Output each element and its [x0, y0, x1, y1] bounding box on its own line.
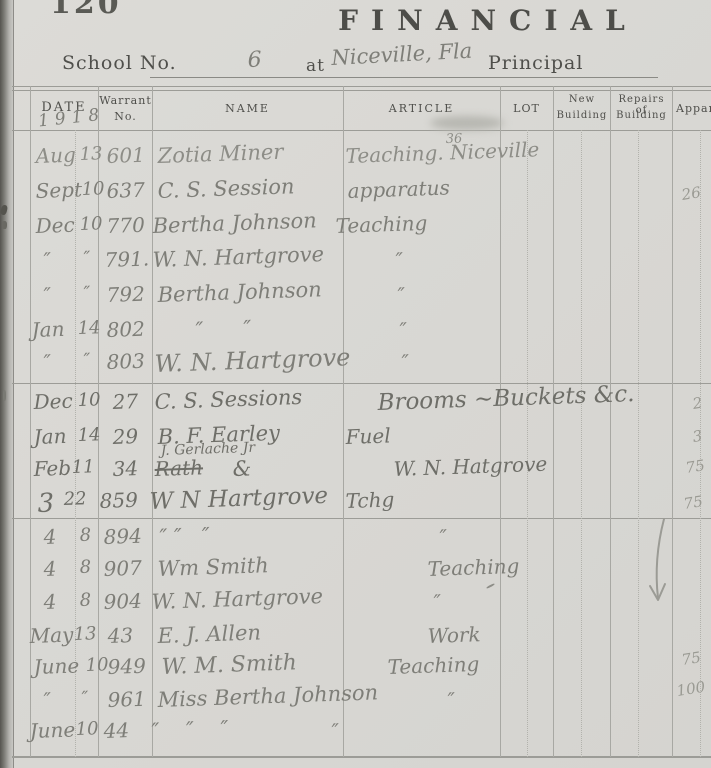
warrant-no: 894 [103, 526, 142, 547]
date-day: 8 [79, 527, 91, 545]
page-edge-line [13, 0, 14, 768]
warrant-no: 791. [104, 248, 149, 270]
warrant-no: 44 [103, 720, 129, 741]
date-day: ″ [81, 690, 88, 708]
warrant-no: 637 [106, 180, 145, 201]
header-new-building-1: New [554, 94, 610, 105]
date-day: 10 [77, 391, 101, 410]
payee-name: & [232, 458, 251, 480]
header-new-building-2: Building [554, 110, 610, 121]
header-bottom-rule [12, 130, 711, 131]
date-month: 3 [37, 490, 54, 517]
name-struck-out: Rath [154, 457, 203, 479]
payee-name: ″ ″ ″ [151, 718, 229, 742]
article-text: ″ [397, 285, 405, 305]
date-day: 10 [85, 656, 109, 675]
article-text: ″ [433, 592, 441, 612]
payee-name: E. J. Allen [157, 622, 261, 647]
annotation-36: 36 [446, 132, 463, 146]
article-text: ″ [447, 690, 455, 710]
article-text: Brooms ~Buckets &c. [377, 383, 635, 415]
amount-value: 3 [692, 429, 704, 445]
ink-speck [2, 221, 7, 229]
scan-smudge [430, 116, 504, 130]
date-month: Jan [31, 319, 65, 340]
date-month: June [33, 655, 79, 677]
article-text: Teaching. Niceville [345, 139, 539, 166]
date-month: ″ [43, 352, 51, 372]
date-month: June [29, 719, 75, 741]
school-location-value: Niceville, Fla [331, 41, 473, 69]
school-no-label: School No. [62, 52, 177, 74]
date-month: 4 [43, 592, 56, 612]
date-month: May [29, 624, 73, 646]
payee-name: Miss Bertha Johnson [157, 682, 378, 711]
header-warrant-1: Warrant [99, 94, 152, 107]
ledger-page-scan: 120 FINANCIAL School No. 6 at Niceville,… [0, 0, 711, 768]
payee-name: W. N. Hartgrove [152, 244, 324, 271]
ink-speck [3, 390, 6, 401]
payee-name: C. S. Sessions [154, 387, 302, 413]
warrant-no: 27 [112, 391, 138, 412]
date-month: Dec [33, 391, 73, 412]
article-text: ″ [331, 721, 339, 741]
date-month: Sept [35, 179, 82, 201]
date-day: 10 [79, 215, 103, 234]
payee-name: Bertha Johnson [152, 210, 317, 237]
article-text: Teaching [427, 556, 519, 579]
warrant-no: 802 [106, 319, 145, 340]
warrant-no: 904 [103, 591, 142, 612]
article-text: W. N. Hatgrove [393, 454, 547, 479]
book-binding-edge [0, 0, 13, 768]
principal-label: Principal [488, 52, 583, 74]
article-text: Tchg [345, 489, 394, 511]
article-text: ″ [401, 352, 409, 372]
payee-name: Zotia Miner [157, 142, 283, 167]
warrant-no: 601 [106, 145, 145, 166]
header-repairs-2: Building [611, 110, 672, 121]
amount-value: 2 [692, 396, 704, 412]
pencil-mark [486, 583, 495, 589]
date-day: 13 [73, 625, 97, 644]
header-apparatus: Appara [676, 102, 711, 115]
school-no-value: 6 [247, 50, 262, 72]
date-month: 4 [43, 527, 56, 547]
section-rule-2 [12, 518, 711, 519]
page-number: 120 [50, 0, 122, 21]
payee-name: ″ ″ ″ [159, 525, 210, 548]
payee-name: W N Hartgrove [149, 485, 328, 514]
amount-value: 75 [683, 494, 704, 512]
col-line-article-lot [500, 86, 501, 757]
school-line-rule [150, 77, 658, 78]
date-month: Dec [35, 215, 75, 236]
payee-name: C. S. Session [157, 176, 295, 202]
article-text: apparatus [347, 177, 450, 201]
date-day: ″ [83, 285, 90, 303]
warrant-no: 34 [112, 458, 138, 479]
warrant-no: 792 [106, 284, 145, 305]
date-day: ″ [83, 250, 90, 268]
col-line-warrant-name [152, 86, 153, 757]
article-text: Fuel [345, 425, 391, 447]
article-text: Work [427, 624, 481, 646]
lot-cents-divider [527, 130, 528, 757]
header-lot: LOT [500, 102, 553, 115]
date-day: 8 [79, 592, 91, 610]
warrant-no: 803 [106, 351, 145, 372]
header-warrant-2: No. [99, 110, 152, 123]
article-text: Teaching [387, 654, 479, 677]
payee-name: Bertha Johnson [157, 279, 322, 306]
date-month: ″ [43, 250, 51, 270]
payee-name: W. N. Hartgrove [154, 345, 351, 376]
warrant-no: 43 [107, 625, 133, 646]
date-day: 14 [77, 319, 101, 338]
amount-value: 75 [685, 458, 706, 476]
payee-name: W. N. Hartgrove [151, 586, 323, 613]
col-line-new-repairs [610, 86, 611, 757]
payee-name: Wm Smith [157, 555, 269, 580]
payee-name: W. M. Smith [161, 652, 297, 679]
date-day: 14 [77, 426, 101, 445]
article-text: Teaching [335, 213, 427, 236]
warrant-no: 29 [112, 426, 138, 447]
date-day: ″ [83, 352, 90, 370]
date-month: Aug [35, 145, 76, 166]
date-day: 13 [79, 145, 103, 164]
warrant-no: 961 [107, 689, 146, 710]
date-month: Jan [33, 426, 67, 447]
date-day: 11 [71, 458, 95, 477]
header-article: ARTICLE [343, 102, 500, 115]
warrant-no: 770 [106, 215, 145, 236]
col-line-repairs-apparatus [672, 86, 673, 757]
date-month: Feb [33, 458, 71, 479]
table-top-rule-2 [12, 90, 711, 91]
new-building-cents-divider [581, 130, 582, 757]
repairs-cents-divider [638, 130, 639, 757]
warrant-no: 907 [103, 558, 142, 579]
col-line-lot-new [553, 86, 554, 757]
header-name: NAME [152, 102, 343, 115]
date-month: ″ [43, 285, 51, 305]
article-text: ″ [439, 527, 447, 547]
date-day: 10 [75, 720, 99, 739]
date-day: 10 [81, 180, 105, 199]
article-text: ″ [399, 320, 407, 340]
table-top-rule [12, 86, 711, 87]
col-line-margin [30, 86, 31, 757]
amount-value: 75 [681, 650, 702, 668]
date-month: ″ [43, 690, 51, 710]
amount-value: 26 [681, 185, 702, 203]
date-day: 8 [79, 559, 91, 577]
warrant-no: 949 [107, 656, 146, 677]
payee-name: ″ ″ [195, 318, 251, 341]
warrant-no: 859 [99, 490, 138, 511]
amount-value: 100 [676, 680, 707, 699]
date-day: 22 [63, 490, 87, 509]
article-text: ″ [395, 250, 403, 270]
date-month: 4 [43, 559, 56, 579]
table-bottom-rule [12, 756, 711, 758]
col-line-name-article [343, 86, 344, 757]
pencil-down-arrow-icon [642, 516, 672, 608]
page-title: FINANCIAL [338, 4, 638, 37]
at-label: at [306, 56, 325, 76]
